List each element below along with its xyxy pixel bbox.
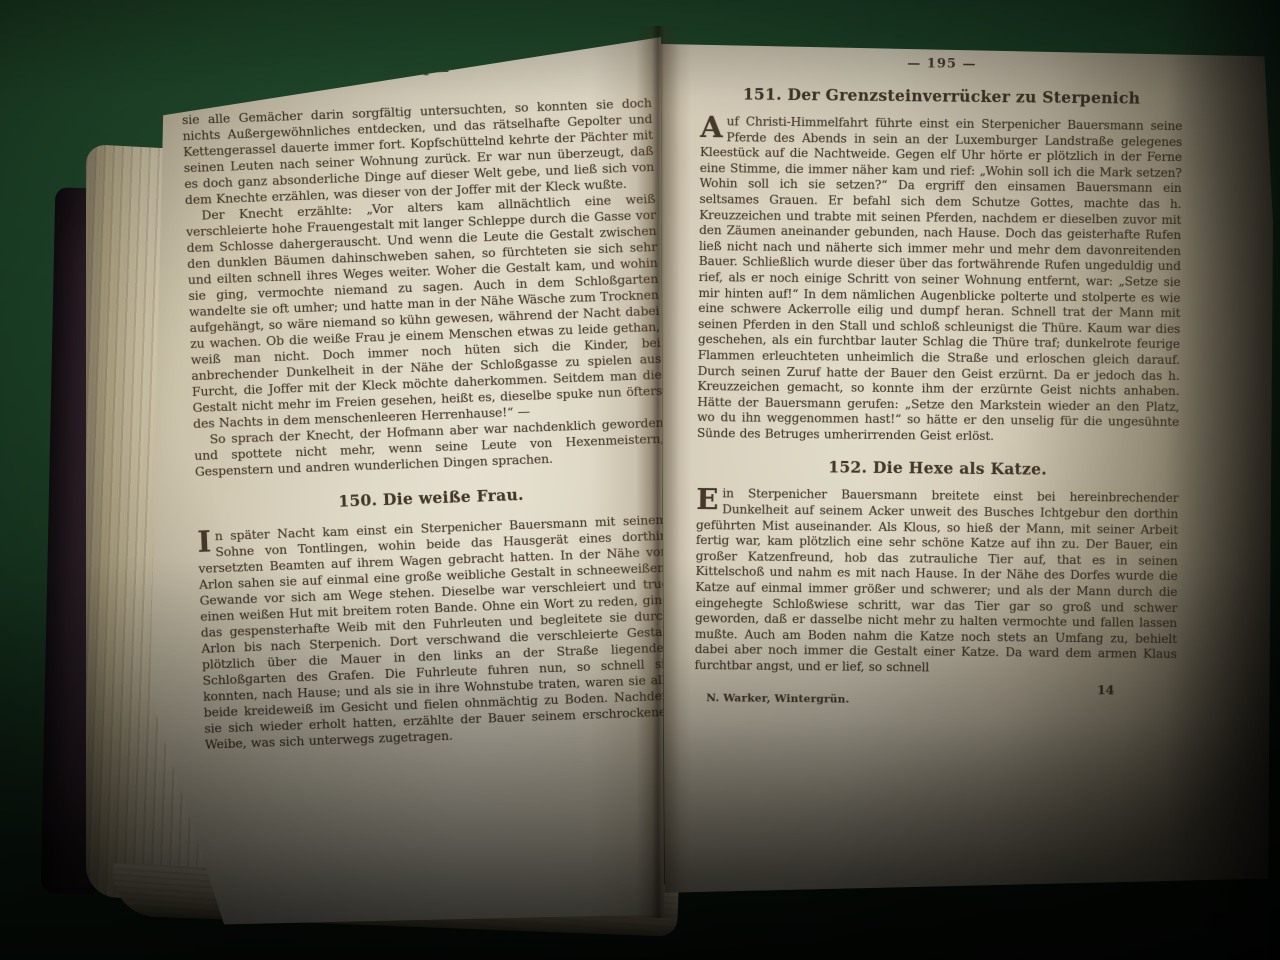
paragraph-knecht-erzaehlte: Der Knecht erzählte: „Vor alters kam all… xyxy=(185,191,663,432)
page-194-text-column: — 194 — sie alle Gemächer darin sorgfält… xyxy=(180,56,675,753)
heading-151-grenzsteinverruecker: 151. Der Grenzsteinverrücker zu Sterpeni… xyxy=(700,84,1182,108)
book-photo-scene: — 194 — sie alle Gemächer darin sorgfält… xyxy=(0,0,1280,960)
paragraph-150-die-weisse-frau: In später Nacht kam einst ein Sterpenich… xyxy=(197,512,675,753)
paragraph-151-grenzsteinverruecker: Auf Christi-Himmelfahrt führte einst ein… xyxy=(697,114,1182,446)
sheet-signature-mark: 14 xyxy=(694,678,1176,698)
page-195-body: 151. Der Grenzsteinverrücker zu Sterpeni… xyxy=(695,84,1183,679)
heading-150-die-weisse-frau: 150. Die weiße Frau. xyxy=(196,480,666,516)
book-gutter-shadow xyxy=(636,26,680,918)
paragraph-so-sprach: So sprach der Knecht, der Hofmann aber w… xyxy=(193,415,664,480)
page-194: — 194 — sie alle Gemächer darin sorgfält… xyxy=(134,30,664,928)
paragraph-continuation: sie alle Gemächer darin sorgfältig unter… xyxy=(182,95,655,208)
page-195-text-column: — 195 — 151. Der Grenzsteinverrücker zu … xyxy=(694,54,1183,709)
page-194-body: sie alle Gemächer darin sorgfältig unter… xyxy=(182,95,675,753)
paragraph-152-hexe-als-katze: Ein Sterpenicher Bauersmann breitete ein… xyxy=(695,486,1179,678)
page-195: — 195 — 151. Der Grenzsteinverrücker zu … xyxy=(661,28,1273,914)
page-194-number: — 194 — xyxy=(180,56,650,88)
heading-152-hexe-als-katze: 152. Die Hexe als Katze. xyxy=(697,456,1179,480)
page-195-number: — 195 — xyxy=(701,54,1183,74)
book-imprint-footer: N. Warker, Wintergrün. xyxy=(694,692,1176,709)
